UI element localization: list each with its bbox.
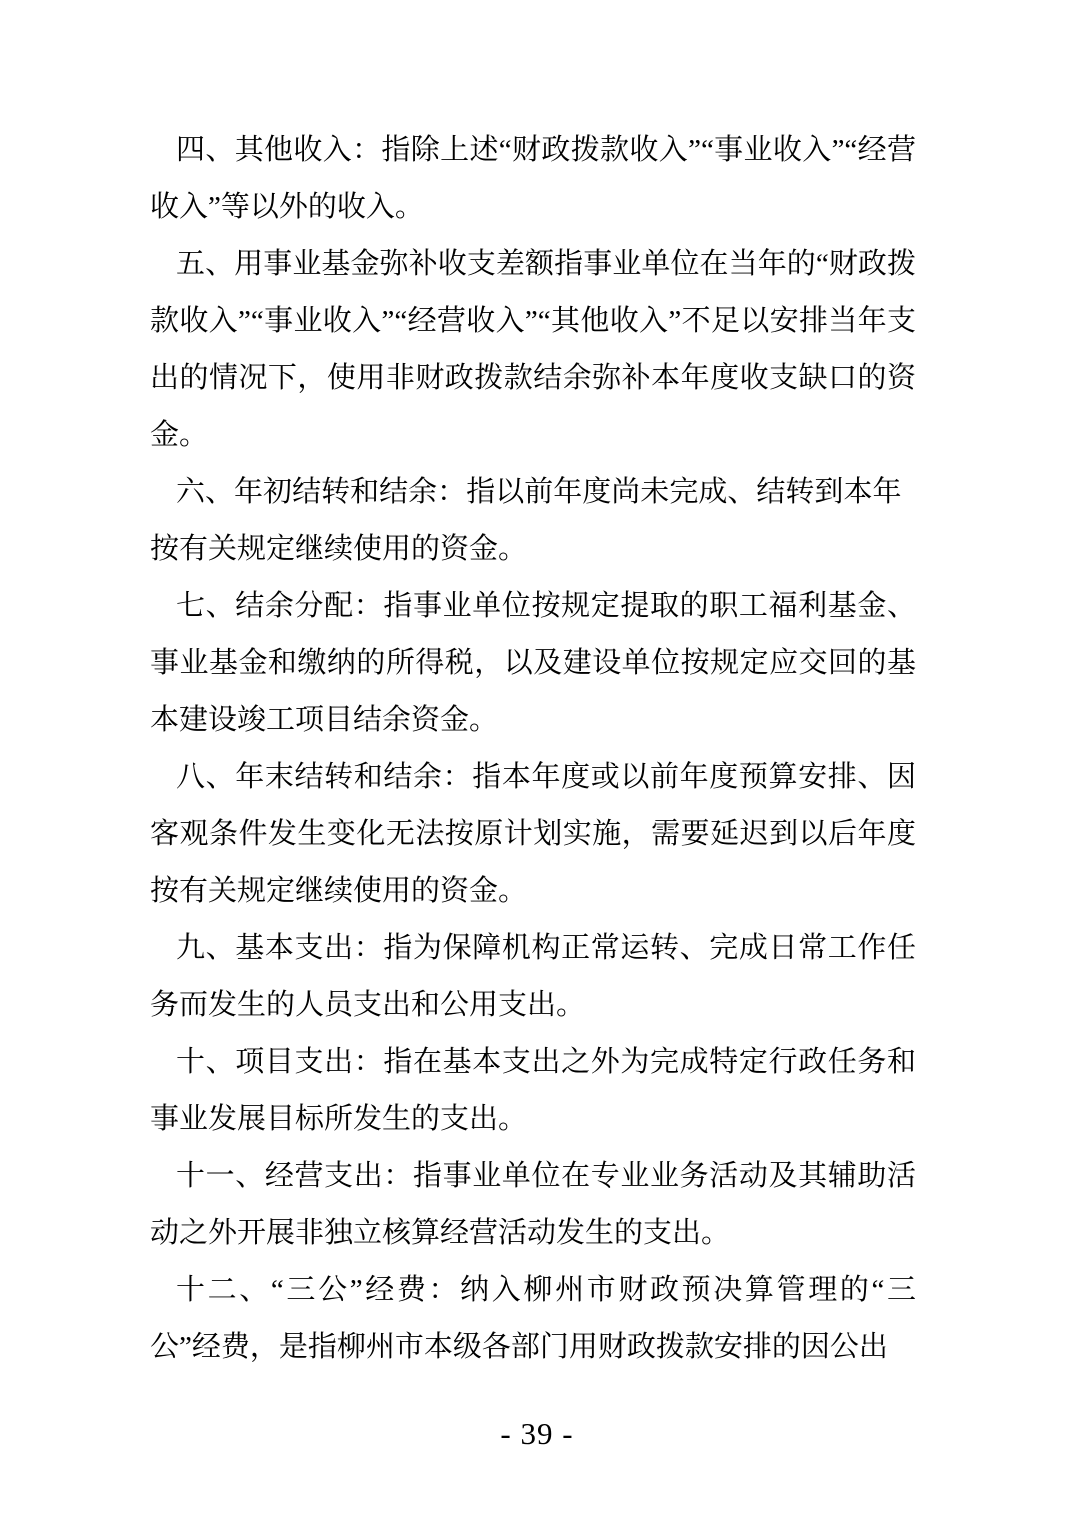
body-paragraph-other-income: 四、其他收入：指除上述“财政拨款收入”“事业收入”“经营收入”等以外的收入。 <box>150 122 916 236</box>
body-paragraph-surplus-distribution: 七、结余分配：指事业单位按规定提取的职工福利基金、事业基金和缴纳的所得税，以及建… <box>150 578 916 749</box>
document-page: 四、其他收入：指除上述“财政拨款收入”“事业收入”“经营收入”等以外的收入。 五… <box>0 0 1074 1520</box>
body-paragraph-carryover-begin-year: 六、年初结转和结余：指以前年度尚未完成、结转到本年 按有关规定继续使用的资金。 <box>150 464 916 578</box>
body-paragraph-operating-expenditure: 十一、经营支出：指事业单位在专业业务活动及其辅助活动之外开展非独立核算经营活动发… <box>150 1148 916 1262</box>
body-paragraph-three-public-funds: 十二、“三公”经费：纳入柳州市财政预决算管理的“三公”经费，是指柳州市本级各部门… <box>150 1262 916 1376</box>
body-paragraph-fund-deficit: 五、用事业基金弥补收支差额指事业单位在当年的“财政拨款收入”“事业收入”“经营收… <box>150 236 916 464</box>
body-paragraph-basic-expenditure: 九、基本支出：指为保障机构正常运转、完成日常工作任务而发生的人员支出和公用支出。 <box>150 920 916 1034</box>
page-number: - 39 - <box>500 1416 573 1451</box>
page-body: 四、其他收入：指除上述“财政拨款收入”“事业收入”“经营收入”等以外的收入。 五… <box>150 122 916 1376</box>
page-footer: - 39 - <box>0 1414 1074 1454</box>
body-paragraph-carryover-year-end: 八、年末结转和结余：指本年度或以前年度预算安排、因客观条件发生变化无法按原计划实… <box>150 749 916 920</box>
body-paragraph-project-expenditure: 十、项目支出：指在基本支出之外为完成特定行政任务和事业发展目标所发生的支出。 <box>150 1034 916 1148</box>
